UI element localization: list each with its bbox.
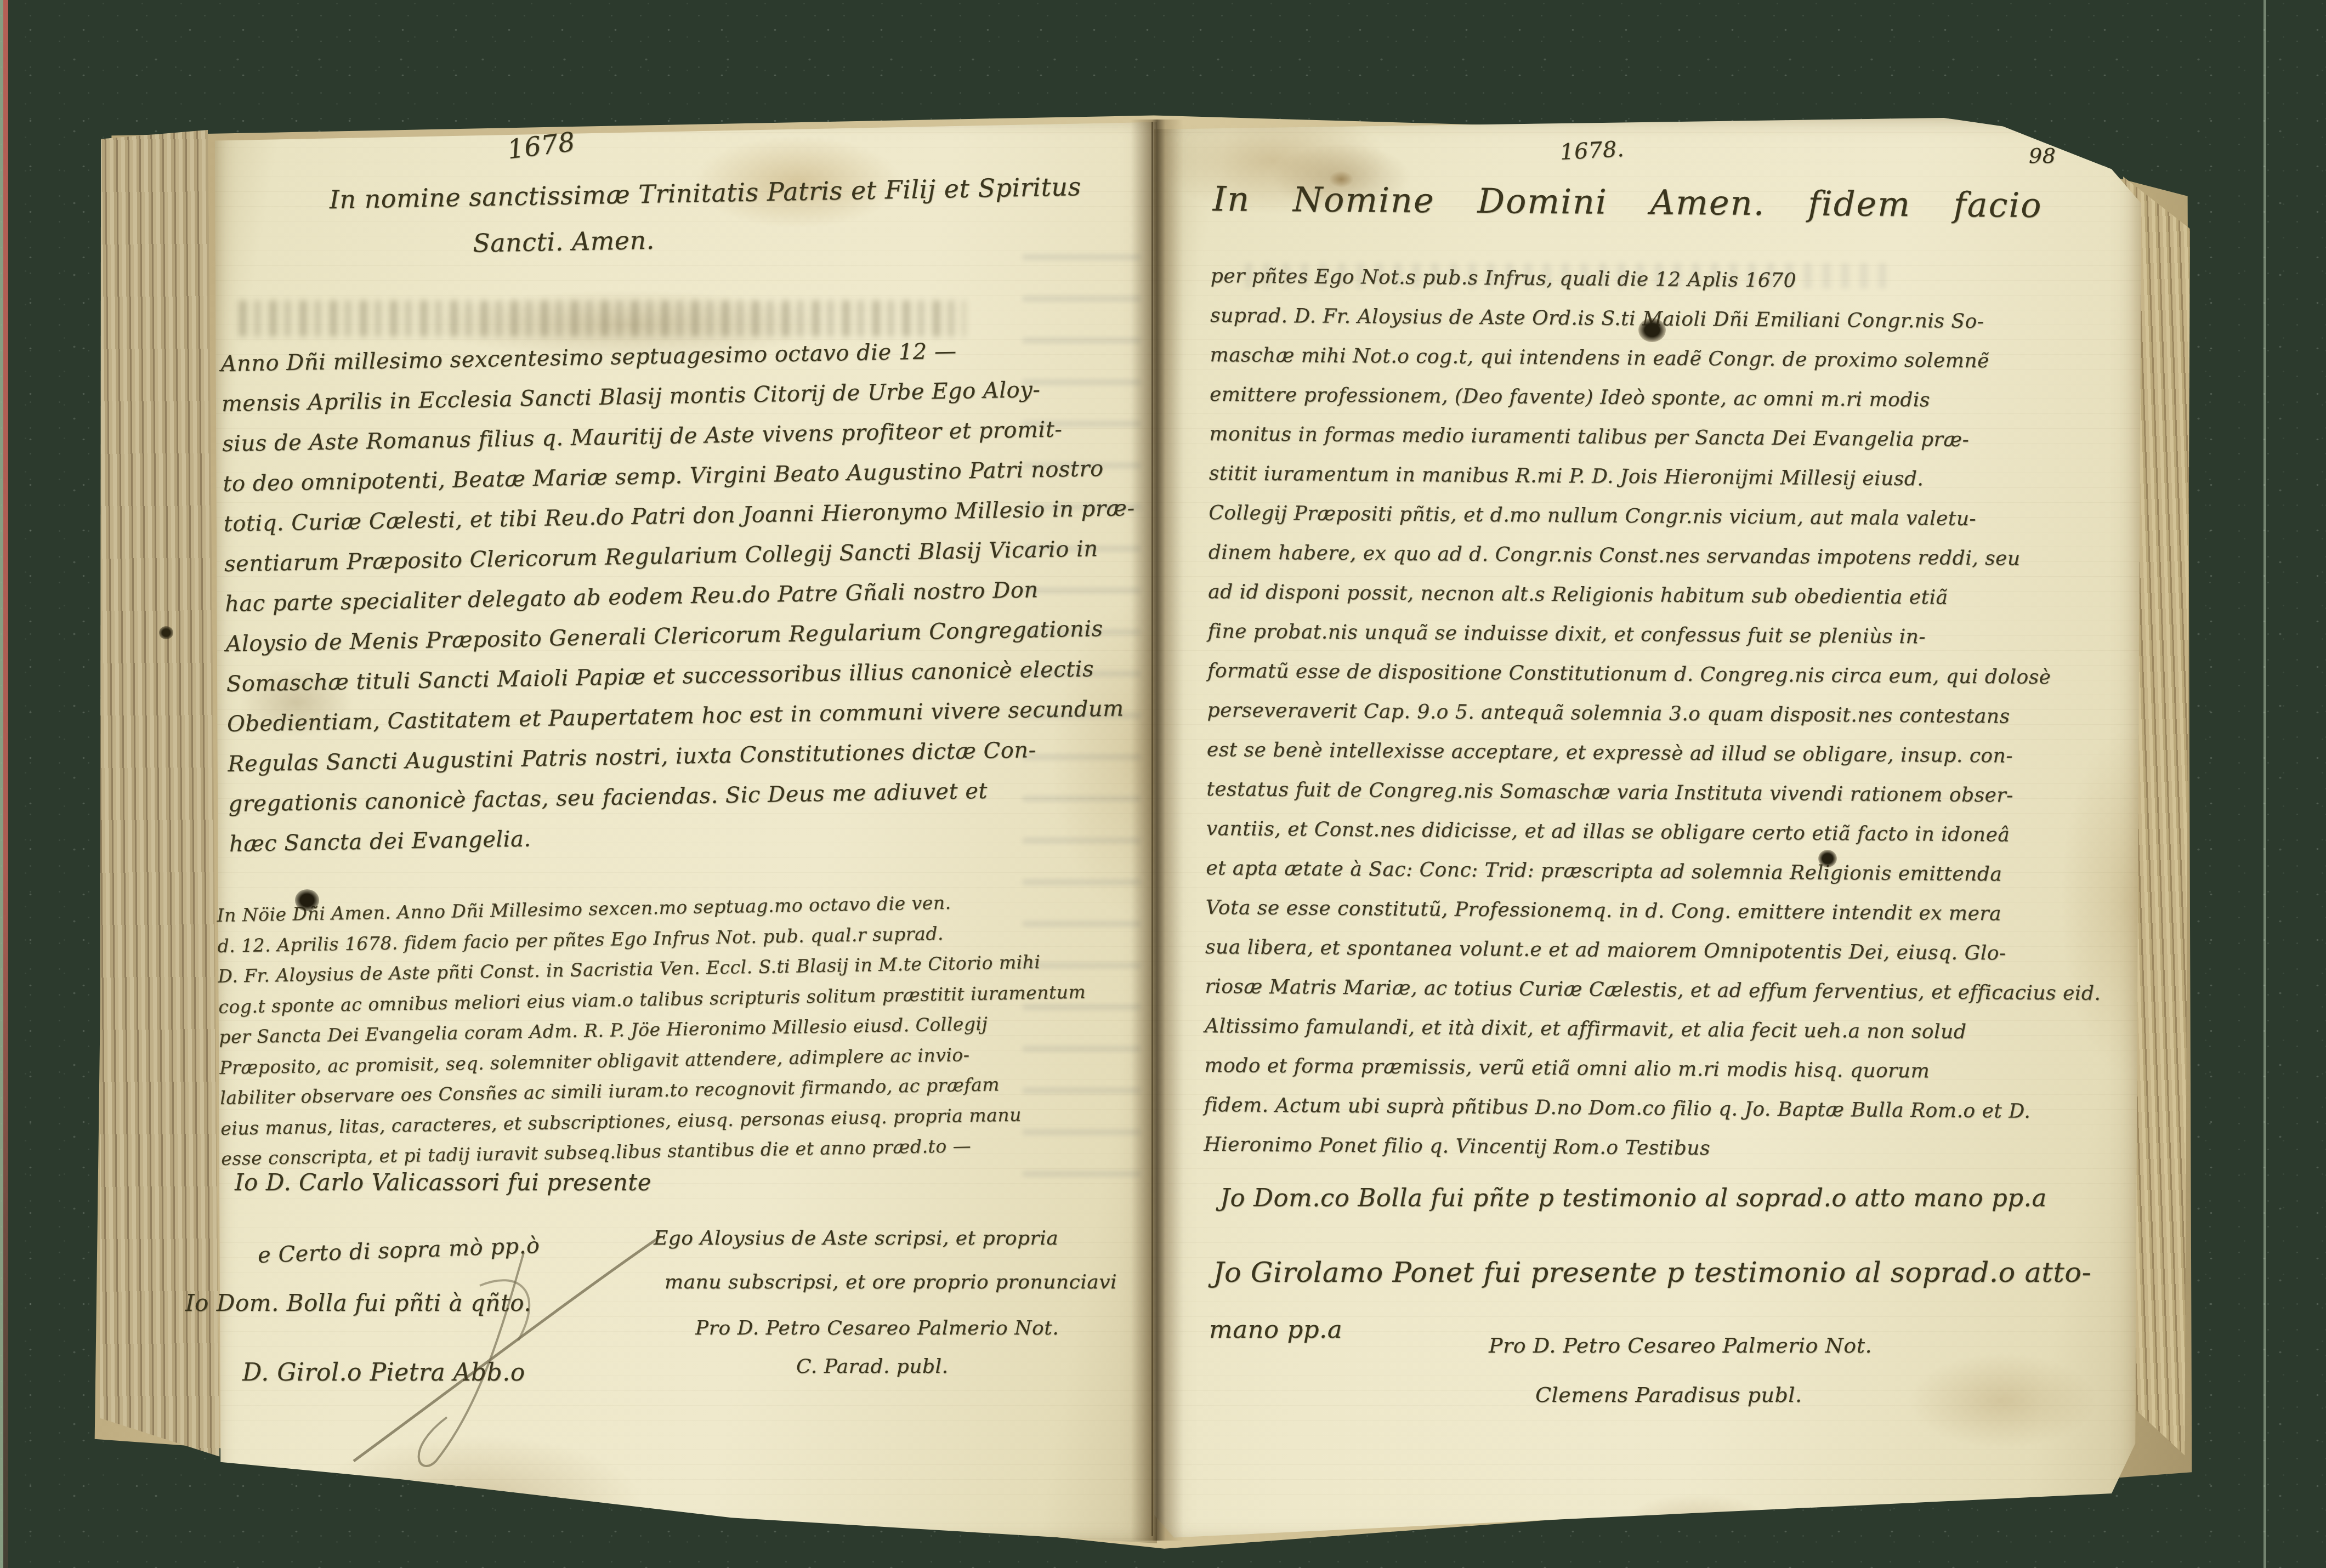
ink-bleedthrough-smear bbox=[230, 300, 965, 337]
right-signature-substitute: Clemens Paradisus publ. bbox=[1535, 1383, 1802, 1407]
left-signature-aloysius-1: Ego Aloysius de Aste scripsi, et propria bbox=[654, 1227, 1058, 1249]
manuscript-line: testatus fuit de Congreg.nis Somaschæ va… bbox=[1206, 770, 2102, 816]
left-page-notary-text: In Nöie Dñi Amen. Anno Dñi Millesimo sex… bbox=[217, 885, 1089, 1174]
right-witness-ponet-1: Jo Girolamo Ponet fui presente p testimo… bbox=[1213, 1257, 2091, 1289]
ink-blot bbox=[295, 889, 319, 911]
manuscript-line: maschæ mihi Not.o cog.t, qui intendens i… bbox=[1210, 336, 2106, 382]
left-page-invocation: In nomine sanctissimæ Trinitatis Patris … bbox=[329, 163, 1082, 269]
manuscript-line: est se benè intellexisse acceptare, et e… bbox=[1207, 730, 2103, 777]
left-signature-substitute: C. Parad. publ. bbox=[796, 1355, 949, 1378]
manuscript-line: monitus in formas medio iuramenti talibu… bbox=[1209, 414, 2105, 461]
manuscript-line: sua libera, et spontanea volunt.e et ad … bbox=[1205, 928, 2101, 974]
right-witness-bolla: Jo Dom.co Bolla fui pñte p testimonio al… bbox=[1220, 1183, 2047, 1212]
right-page-body-text: per pñtes Ego Not.s pub.s Infrus, quali … bbox=[1204, 257, 2107, 1172]
right-witness-ponet-2: mano pp.a bbox=[1209, 1315, 1342, 1344]
manuscript-line: dinem habere, ex quo ad d. Congr.nis Con… bbox=[1208, 533, 2104, 580]
ink-blot bbox=[1638, 318, 1666, 342]
manuscript-line: emittere professionem, (Deo favente) Ide… bbox=[1210, 375, 2106, 422]
manuscript-line: fidem. Actum ubi suprà pñtibus D.no Dom.… bbox=[1204, 1086, 2100, 1132]
backdrop-scratch-line bbox=[2263, 0, 2266, 1568]
manuscript-line: fine probat.nis unquã se induisse dixit,… bbox=[1207, 612, 2103, 658]
stain-spot bbox=[1329, 171, 1353, 188]
manuscript-line: stitit iuramentum in manibus R.mi P. D. … bbox=[1209, 454, 2105, 501]
left-witness-valicassori: Io D. Carlo Valicassori fui presente bbox=[235, 1169, 651, 1196]
manuscript-line: et apta ætate à Sac: Conc: Trid: præscri… bbox=[1206, 849, 2102, 895]
manuscript-line: Vota se esse constitutũ, Professionemq. … bbox=[1205, 888, 2101, 935]
manuscript-line: per pñtes Ego Not.s pub.s Infrus, quali … bbox=[1210, 257, 2106, 303]
signature-flourish bbox=[337, 1220, 688, 1478]
ghost-showthrough-column bbox=[1023, 236, 1141, 1195]
manuscript-line: perseveraverit Cap. 9.o 5. antequã solem… bbox=[1207, 691, 2103, 737]
left-signature-aloysius-2: manu subscripsi, et ore proprio pronunci… bbox=[665, 1271, 1117, 1293]
photo-backdrop: 1678 In nomine sanctissimæ Trinitatis Pa… bbox=[0, 0, 2326, 1568]
right-signature-notary: Pro D. Petro Cesareo Palmerio Not. bbox=[1489, 1333, 1872, 1357]
manuscript-line: vantiis, et Const.nes didicisse, et ad i… bbox=[1206, 809, 2102, 856]
ink-blot bbox=[1818, 850, 1837, 867]
right-page-year-header: 1678. bbox=[1559, 137, 1625, 165]
right-page-folio-number: 98 bbox=[2029, 144, 2056, 168]
book-fold-line bbox=[1151, 122, 1153, 1536]
manuscript-line: riosæ Matris Mariæ, ac totius Curiæ Cæle… bbox=[1205, 967, 2101, 1014]
manuscript-line: Altissimo famulandi, et ità dixit, et af… bbox=[1205, 1007, 2101, 1053]
left-page-profession-text: Anno Dñi millesimo sexcentesimo septuage… bbox=[220, 328, 1141, 865]
manuscript-line: formatũ esse de dispositione Constitutio… bbox=[1207, 651, 2103, 698]
manuscript-line: modo et forma præmissis, verũ etiã omni … bbox=[1204, 1046, 2100, 1093]
ink-blot bbox=[159, 626, 173, 639]
manuscript-line: Hieronimo Ponet filio q. Vincentij Rom.o… bbox=[1204, 1125, 2100, 1172]
book-page-edges-left bbox=[86, 130, 222, 1458]
manuscript-line: Collegij Præpositi pñtis, et d.mo nullum… bbox=[1209, 493, 2104, 540]
manuscript-line: ad id disponi possit, necnon alt.s Relig… bbox=[1208, 572, 2104, 619]
backdrop-stripe-red bbox=[3, 0, 8, 1568]
left-signature-notary: Pro D. Petro Cesareo Palmerio Not. bbox=[695, 1317, 1059, 1339]
